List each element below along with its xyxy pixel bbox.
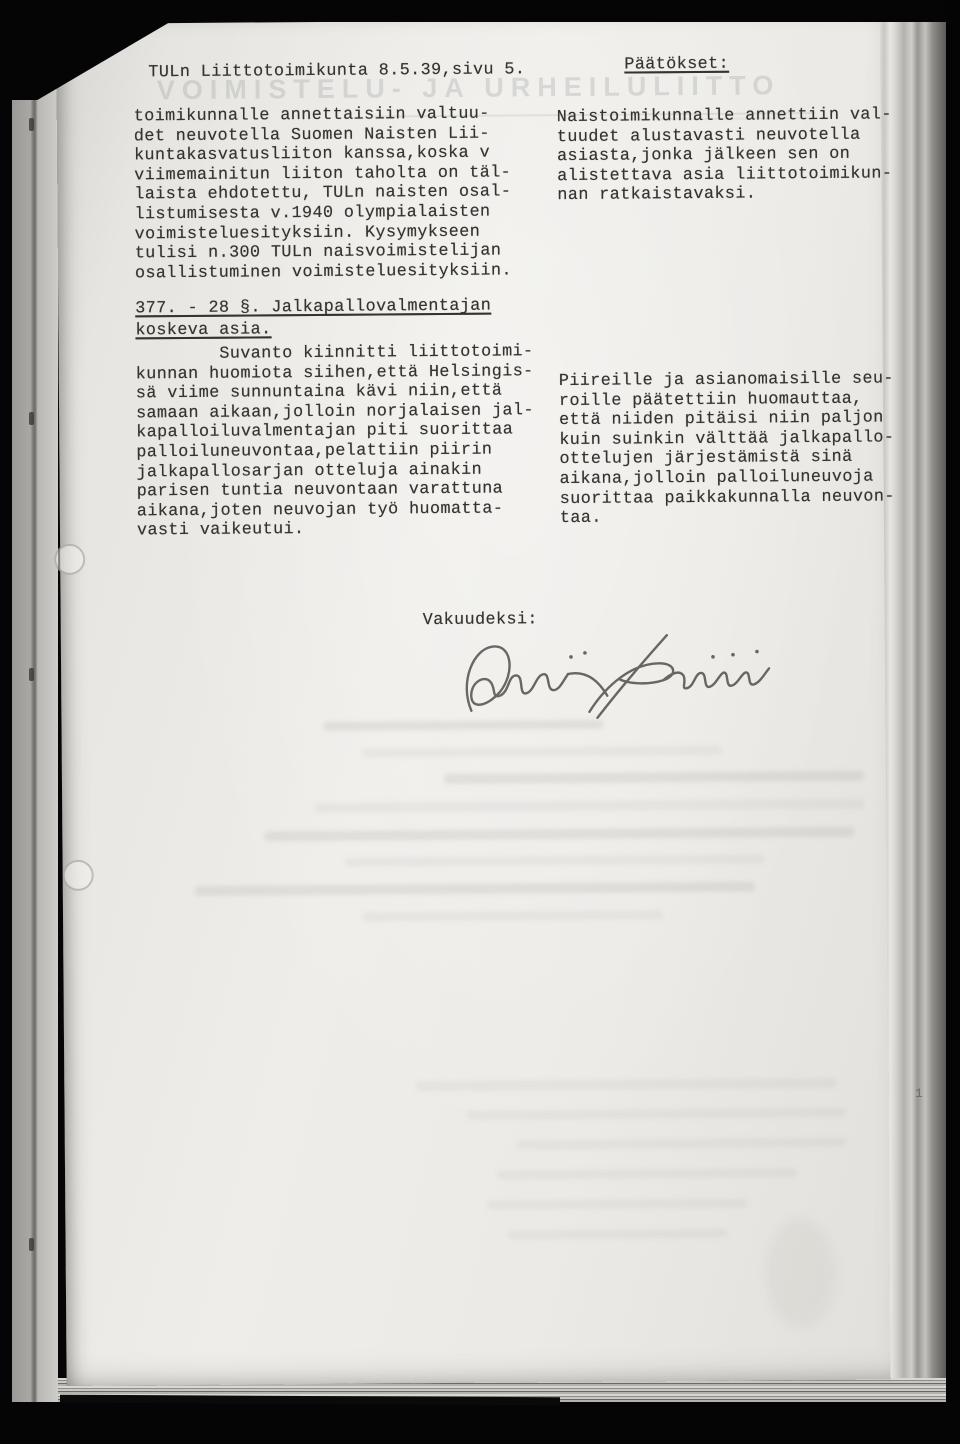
bleed-through-line — [467, 1108, 847, 1120]
bleed-through-line — [517, 1138, 847, 1150]
binding-stitch — [29, 668, 34, 681]
bleed-through-line — [497, 1168, 797, 1179]
bleed-through-line — [345, 854, 765, 866]
scanner-bed-left — [0, 0, 12, 1444]
section-377-decision-text: Piireille ja asianomaisille seu- roille … — [559, 369, 900, 528]
bleed-through-line — [362, 746, 722, 758]
scanner-bed-right — [946, 0, 960, 1444]
paper-smudge — [765, 1218, 836, 1329]
bleed-through-line — [195, 882, 755, 896]
binding-spine — [12, 60, 58, 1402]
binding-stitch — [29, 118, 34, 131]
item1-decision-text: Naistoimikunnalle annettiin val- tuudet … — [557, 105, 898, 206]
bleed-through-line — [264, 827, 854, 842]
bleed-through-line — [363, 910, 663, 921]
document-page: VOIMISTELU- JA URHEILULIITTO TULn Liitto… — [56, 18, 891, 1386]
page-title: TULn Liittotoimikunta 8.5.39,sivu 5. — [148, 60, 525, 83]
section-377-heading-line2: koskeva asia. — [135, 320, 271, 341]
bleed-through-line — [444, 771, 864, 784]
section-377-heading-line1: 377. - 28 §. Jalkapallovalmentajan — [135, 297, 491, 319]
item1-body-text: toimikunnalle annettaisiin valtuu- det n… — [134, 104, 555, 284]
binding-stitch — [29, 1238, 34, 1251]
binding-stitch — [29, 412, 34, 425]
bleed-through-line — [487, 1199, 747, 1210]
bleed-through-line — [416, 1078, 836, 1091]
decisions-column-heading: Päätökset: — [624, 55, 729, 75]
section-377-body-text: Suvanto kiinnitti liittotoimi- kunnan hu… — [136, 342, 578, 541]
punch-hole — [54, 544, 85, 575]
book-scan: VOIMISTELU- JA URHEILULIITTO TULn Liitto… — [0, 0, 960, 1444]
bleed-through-line — [507, 1229, 727, 1240]
scanner-bed-bottom — [0, 1402, 960, 1444]
punch-hole — [63, 860, 94, 891]
stack-margin-note: 1 — [915, 1086, 923, 1101]
bleed-through-line — [314, 799, 864, 813]
